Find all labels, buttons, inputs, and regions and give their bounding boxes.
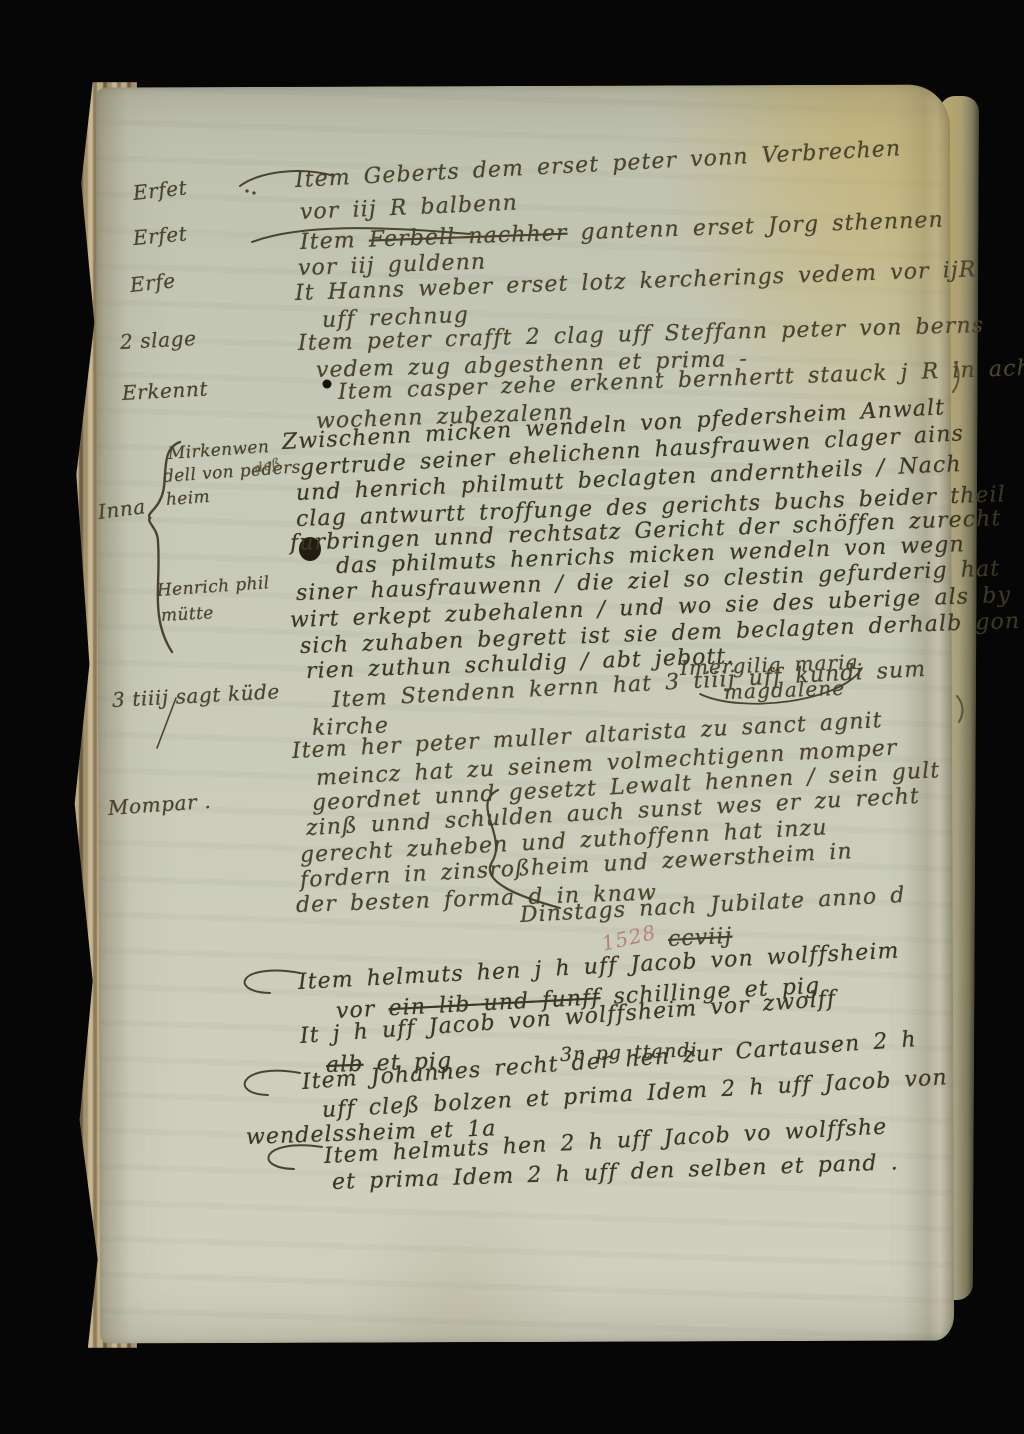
margin-party1-line3: heim (165, 487, 210, 510)
margin-note-5: Erkennt (121, 377, 208, 405)
margin-note-3: Erfe (129, 268, 177, 297)
photograph-of-manuscript-page: { "palette": { "ink": "#4a442d", "ink_da… (0, 0, 1024, 1434)
margin-party2-line2: mütte (160, 603, 214, 626)
line-segment: Item (300, 228, 370, 255)
margin-note-4: 2 slage (119, 326, 197, 354)
margin-note-2: Erfet (132, 221, 188, 250)
